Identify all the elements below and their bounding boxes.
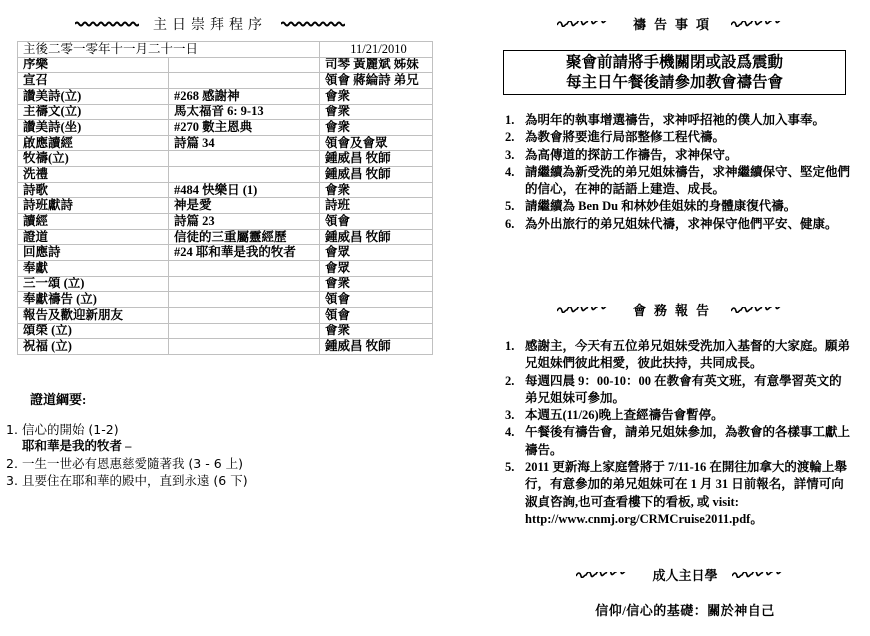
list-item-number: 4. — [505, 164, 525, 199]
outline-point-number: 2. — [6, 456, 18, 471]
service-item: 詩班獻詩 — [18, 198, 169, 214]
service-content: 詩篇 23 — [169, 214, 320, 230]
service-content: #24 耶和華是我的牧者 — [169, 245, 320, 261]
list-item: 5.2011 更新海上家庭營將于 7/11-16 在開往加拿大的渡輪上舉行，有意… — [505, 459, 850, 528]
sermon-outline-list: 1.信心的開始 (1-2)耶和華是我的牧者 –2.一生一世必有恩惠慈愛隨著我 (… — [6, 421, 248, 489]
service-item: 宣召 — [18, 73, 169, 89]
sermon-outline-title: 證道綱要: — [30, 389, 86, 408]
service-content — [169, 307, 320, 323]
flourish-left-icon — [557, 307, 619, 313]
list-item-number: 6. — [505, 216, 525, 233]
service-item: 主禱文(立) — [18, 104, 169, 120]
service-content — [169, 57, 320, 73]
worship-title: 主日崇拜程序 — [153, 14, 267, 34]
outline-point-number: 3. — [6, 473, 18, 488]
service-content: 馬太福音 6: 9-13 — [169, 104, 320, 120]
service-leader: 詩班 — [320, 198, 433, 214]
list-item-number: 5. — [505, 459, 525, 528]
service-leader: 鍾威昌 牧師 — [320, 151, 433, 167]
service-item: 讚美詩(坐) — [18, 120, 169, 136]
service-item: 回應詩 — [18, 245, 169, 261]
table-row: 奉獻禱告 (立)領會 — [18, 292, 433, 308]
service-content: #484 快樂日 (1) — [169, 182, 320, 198]
church-news-heading: 會務報告 — [505, 300, 845, 319]
table-row: 讚美詩(立)#268 感謝神會衆 — [18, 88, 433, 104]
notice-line-1: 聚會前請將手機關閉或設爲震動 — [504, 53, 845, 73]
service-leader: 司琴 黃麗斌 姊妹 — [320, 57, 433, 73]
list-item-text: 午餐後有禱告會，請弟兄姐妹參加，為教會的各樣事工獻上禱告。 — [525, 424, 850, 459]
table-row: 讚美詩(坐)#270 數主恩典會衆 — [18, 120, 433, 136]
service-item: 讚美詩(立) — [18, 88, 169, 104]
service-item: 讀經 — [18, 214, 169, 230]
table-row: 宣召領會 蔣綸詩 弟兄 — [18, 73, 433, 89]
table-row: 主禱文(立)馬太福音 6: 9-13會衆 — [18, 104, 433, 120]
service-content — [169, 323, 320, 339]
outline-point-number: 1. — [6, 422, 18, 437]
outline-point-text: 一生一世必有恩惠慈愛隨著我 (3 - 6 上) — [22, 456, 243, 471]
notice-line-2: 每主日午餐後請參加教會禱告會 — [504, 73, 845, 93]
service-item: 報告及歡迎新朋友 — [18, 307, 169, 323]
order-of-service-table: 主後二零一零年十一月二十一日 11/21/2010 序樂司琴 黃麗斌 姊妹宣召領… — [17, 41, 433, 355]
sermon-outline-title-text: 證道綱要: — [30, 392, 86, 407]
list-item-number: 5. — [505, 198, 525, 215]
service-item: 牧禱(立) — [18, 151, 169, 167]
service-content: 信徒的三重屬靈經歷 — [169, 229, 320, 245]
service-leader: 領會 — [320, 292, 433, 308]
service-content — [169, 276, 320, 292]
table-row: 詩班獻詩神是愛詩班 — [18, 198, 433, 214]
list-item: 1.感謝主，今天有五位弟兄姐妹受洗加入基督的大家庭。願弟兄姐妹們彼此相愛，彼此扶… — [505, 338, 850, 373]
prayer-list: 1.為明年的執事增選禱告，求神呼招祂的僕人加入事奉。2.為教會將要進行局部整修工… — [505, 112, 850, 233]
list-item-text: 為外出旅行的弟兄姐妹代禱，求神保守他們平安、健康。 — [525, 216, 850, 233]
service-item: 祝福 (立) — [18, 339, 169, 355]
service-content — [169, 339, 320, 355]
service-content — [169, 151, 320, 167]
service-leader: 會衆 — [320, 120, 433, 136]
date-chinese: 主後二零一零年十一月二十一日 — [18, 42, 320, 58]
service-item: 啟應讀經 — [18, 135, 169, 151]
prayer-title: 禱告事項 — [633, 14, 717, 33]
list-item-text: 感謝主，今天有五位弟兄姐妹受洗加入基督的大家庭。願弟兄姐妹們彼此相愛，彼此扶持，… — [525, 338, 850, 373]
service-content — [169, 260, 320, 276]
service-leader: 會衆 — [320, 88, 433, 104]
list-item-text: 為明年的執事增選禱告，求神呼招祂的僕人加入事奉。 — [525, 112, 850, 129]
church-news-title: 會務報告 — [633, 300, 717, 319]
table-row: 祝福 (立)鍾威昌 牧師 — [18, 339, 433, 355]
service-content: 神是愛 — [169, 198, 320, 214]
list-item-number: 1. — [505, 338, 525, 373]
service-leader: 鍾威昌 牧師 — [320, 229, 433, 245]
outline-point: 1.信心的開始 (1-2) — [6, 421, 248, 438]
service-content: #270 數主恩典 — [169, 120, 320, 136]
service-leader: 會衆 — [320, 104, 433, 120]
list-item-text: 為教會將要進行局部整修工程代禱。 — [525, 129, 850, 146]
list-item-number: 3. — [505, 147, 525, 164]
table-row: 三一頌 (立)會衆 — [18, 276, 433, 292]
list-item: 4.午餐後有禱告會，請弟兄姐妹參加，為教會的各樣事工獻上禱告。 — [505, 424, 850, 459]
table-row: 奉獻會眾 — [18, 260, 433, 276]
service-leader: 會衆 — [320, 182, 433, 198]
outline-point: 3.且要住在耶和華的殿中，直到永遠 (6 下) — [6, 472, 248, 489]
service-leader: 領會及會眾 — [320, 135, 433, 151]
outline-point-text: 耶和華是我的牧者 – — [22, 439, 131, 453]
service-leader: 會眾 — [320, 260, 433, 276]
outline-point-text: 信心的開始 (1-2) — [22, 422, 119, 437]
service-leader: 鍾威昌 牧師 — [320, 339, 433, 355]
sunday-school-heading: 成人主日學 — [500, 565, 870, 584]
list-item: 1.為明年的執事增選禱告，求神呼招祂的僕人加入事奉。 — [505, 112, 850, 129]
list-item-text: 每週四晨 9：00-10：00 在教會有英文班，有意學習英文的弟兄姐妹可參加。 — [525, 373, 850, 408]
table-row: 詩歌#484 快樂日 (1)會衆 — [18, 182, 433, 198]
table-row: 頌榮 (立)會衆 — [18, 323, 433, 339]
service-item: 奉獻 — [18, 260, 169, 276]
service-item: 序樂 — [18, 57, 169, 73]
list-item: 6.為外出旅行的弟兄姐妹代禱，求神保守他們平安、健康。 — [505, 216, 850, 233]
table-row-date: 主後二零一零年十一月二十一日 11/21/2010 — [18, 42, 433, 58]
flourish-left-icon — [576, 572, 638, 578]
list-item-text: 本週五(11/26)晚上查經禱告會暫停。 — [525, 407, 850, 424]
flourish-left-icon — [557, 21, 619, 27]
list-item: 3.為高傳道的探訪工作禱告，求神保守。 — [505, 147, 850, 164]
service-content: #268 感謝神 — [169, 88, 320, 104]
table-row: 證道信徒的三重屬靈經歷鍾威昌 牧師 — [18, 229, 433, 245]
outline-point: 耶和華是我的牧者 – — [6, 438, 248, 455]
date-numeric: 11/21/2010 — [320, 42, 433, 58]
service-leader: 會衆 — [320, 323, 433, 339]
list-item-number: 2. — [505, 129, 525, 146]
service-leader: 領會 — [320, 214, 433, 230]
list-item-text: 2011 更新海上家庭營將于 7/11-16 在開往加拿大的渡輪上舉行，有意參加… — [525, 459, 850, 528]
table-row: 回應詩#24 耶和華是我的牧者會眾 — [18, 245, 433, 261]
worship-heading: 主日崇拜程序 — [60, 14, 360, 34]
sunday-school-title: 成人主日學 — [652, 565, 717, 584]
table-row: 讀經詩篇 23領會 — [18, 214, 433, 230]
service-leader: 領會 — [320, 307, 433, 323]
table-row: 啟應讀經詩篇 34領會及會眾 — [18, 135, 433, 151]
list-item: 2.為教會將要進行局部整修工程代禱。 — [505, 129, 850, 146]
outline-point-text: 且要住在耶和華的殿中，直到永遠 (6 下) — [22, 473, 248, 488]
service-leader: 會衆 — [320, 276, 433, 292]
list-item-text: 請繼續為 Ben Du 和林妙佳姐妹的身體康復代禱。 — [525, 198, 850, 215]
list-item-number: 1. — [505, 112, 525, 129]
table-row: 洗禮鍾威昌 牧師 — [18, 167, 433, 183]
list-item: 5.請繼續為 Ben Du 和林妙佳姐妹的身體康復代禱。 — [505, 198, 850, 215]
service-item: 證道 — [18, 229, 169, 245]
outline-point: 2.一生一世必有恩惠慈愛隨著我 (3 - 6 上) — [6, 455, 248, 472]
service-content: 詩篇 34 — [169, 135, 320, 151]
sunday-school-topic: 信仰/信心的基礎：關於神自己 — [490, 600, 870, 619]
service-content — [169, 73, 320, 89]
list-item: 2.每週四晨 9：00-10：00 在教會有英文班，有意學習英文的弟兄姐妹可參加… — [505, 373, 850, 408]
service-item: 三一頌 (立) — [18, 276, 169, 292]
list-item: 3.本週五(11/26)晚上查經禱告會暫停。 — [505, 407, 850, 424]
flourish-left-icon — [75, 21, 139, 27]
service-content — [169, 167, 320, 183]
prayer-heading: 禱告事項 — [505, 14, 845, 33]
service-leader: 會眾 — [320, 245, 433, 261]
flourish-right-icon — [731, 307, 793, 313]
service-item: 洗禮 — [18, 167, 169, 183]
list-item-number: 3. — [505, 407, 525, 424]
service-leader: 領會 蔣綸詩 弟兄 — [320, 73, 433, 89]
flourish-right-icon — [732, 572, 794, 578]
service-item: 頌榮 (立) — [18, 323, 169, 339]
table-row: 序樂司琴 黃麗斌 姊妹 — [18, 57, 433, 73]
notice-box: 聚會前請將手機關閉或設爲震動 每主日午餐後請參加教會禱告會 — [503, 50, 846, 95]
table-row: 牧禱(立)鍾威昌 牧師 — [18, 151, 433, 167]
list-item-text: 為高傳道的探訪工作禱告，求神保守。 — [525, 147, 850, 164]
table-row: 報告及歡迎新朋友領會 — [18, 307, 433, 323]
list-item-number: 4. — [505, 424, 525, 459]
service-leader: 鍾威昌 牧師 — [320, 167, 433, 183]
list-item-number: 2. — [505, 373, 525, 408]
list-item: 4.請繼續為新受洗的弟兄姐妹禱告，求神繼續保守、堅定他們的信心，在神的話語上建造… — [505, 164, 850, 199]
service-content — [169, 292, 320, 308]
service-item: 詩歌 — [18, 182, 169, 198]
flourish-right-icon — [281, 21, 345, 27]
church-news-list: 1.感謝主，今天有五位弟兄姐妹受洗加入基督的大家庭。願弟兄姐妹們彼此相愛，彼此扶… — [505, 338, 850, 528]
list-item-text: 請繼續為新受洗的弟兄姐妹禱告，求神繼續保守、堅定他們的信心，在神的話語上建造、成… — [525, 164, 850, 199]
service-item: 奉獻禱告 (立) — [18, 292, 169, 308]
flourish-right-icon — [731, 21, 793, 27]
